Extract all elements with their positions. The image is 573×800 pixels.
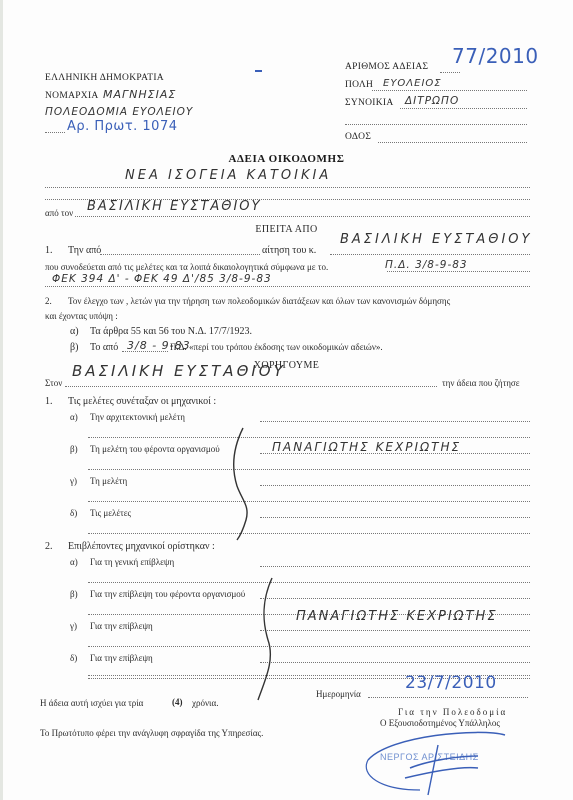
handwriting-strokes <box>0 0 573 800</box>
permit-document: ΕΛΛΗΝΙΚΗ ΔΗΜΟΚΡΑΤΙΑ ΝΟΜΑΡΧΙΑ ΜΑΓΝΗΣΙΑΣ Π… <box>0 0 573 800</box>
